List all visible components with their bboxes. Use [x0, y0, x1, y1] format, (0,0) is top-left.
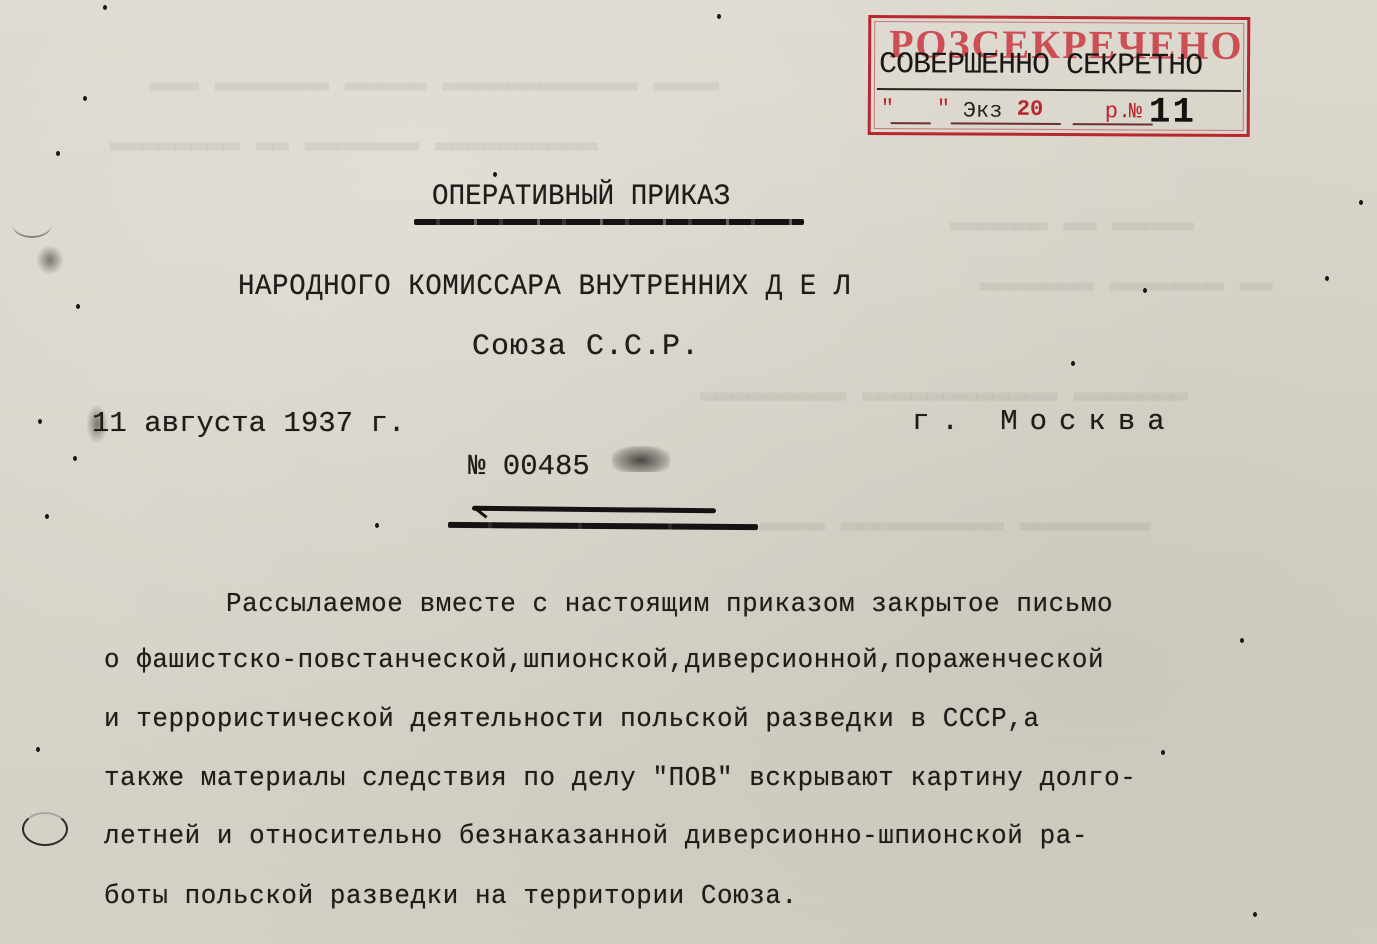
ink-speck	[83, 96, 87, 101]
punch-hole-mark	[22, 812, 68, 846]
order-number-underline	[472, 506, 716, 514]
ink-speck	[375, 523, 379, 528]
margin-ink-specks	[36, 245, 64, 275]
order-number-overstrike	[612, 446, 670, 472]
top-secret-label: СОВЕРШЕННО СЕКРЕТНО	[879, 48, 1202, 84]
ink-speck	[1325, 276, 1329, 281]
ink-speck	[717, 14, 721, 19]
union-line: Союза С.С.Р.	[472, 330, 700, 364]
order-date: 11 августа 1937 г.	[92, 407, 405, 440]
body-line: боты польской разведки на территории Сою…	[104, 882, 798, 912]
body-line: также материалы следствия по делу "ПОВ" …	[104, 764, 1136, 794]
margin-arc-mark	[12, 210, 52, 238]
ink-speck	[56, 151, 60, 156]
order-city: г. Москва	[912, 405, 1177, 438]
ink-speck	[1071, 361, 1075, 366]
ink-speck	[38, 419, 42, 424]
stamp-number-label: №	[1129, 99, 1142, 124]
body-line: о фашистско-повстанческой,шпионской,диве…	[104, 646, 1104, 676]
ink-speck	[45, 514, 49, 519]
order-number: № 00485	[468, 450, 590, 483]
classification-stamp: РОЗСЕКРЕЧЕНО СОВЕРШЕННО СЕКРЕТНО " " Экз…	[868, 15, 1251, 137]
document-subtitle: НАРОДНОГО КОМИССАРА ВНУТРЕННИХ Д Е Л	[238, 270, 851, 304]
ink-speck	[1253, 912, 1257, 917]
ink-speck	[73, 456, 77, 461]
bleed-through-text: ▂▂▂▂▂▂▂▂▂ ▂▂▂▂▂▂▂▂▂▂▂▂ ▂▂▂▂▂▂▂	[700, 370, 1188, 403]
stamp-day-blank	[891, 122, 931, 124]
title-underline	[414, 219, 804, 225]
ink-speck	[1143, 288, 1147, 293]
stamp-quote-close: "	[937, 96, 950, 121]
stamp-copy-row: " " Экз 20 р. № 11	[877, 96, 1241, 128]
document-page: ▂▂▂ ▂▂▂▂▂▂▂ ▂▂▂▂▂ ▂▂▂▂▂▂▂▂▂▂▂▂ ▂▂▂▂ ▂▂▂▂…	[0, 0, 1377, 944]
stamp-quote-open: "	[881, 96, 894, 121]
ink-speck	[1240, 638, 1244, 643]
bleed-through-text: ▂▂▂▂▂▂▂▂ ▂▂ ▂▂▂▂▂▂▂ ▂▂▂▂▂▂▂▂▂▂	[110, 120, 598, 153]
body-line: Рассылаемое вместе с настоящим приказом …	[226, 590, 1113, 620]
ink-speck	[1161, 750, 1165, 755]
body-line: летней и относительно безнаказанной диве…	[104, 822, 1088, 852]
stamp-copy-label: Экз	[963, 98, 1003, 123]
stamp-copy-number: 11	[1149, 91, 1196, 132]
body-line: и террористической деятельности польской…	[104, 705, 1040, 735]
bleed-through-text: ▂▂▂▂▂▂ ▂▂ ▂▂▂▂▂	[950, 200, 1194, 233]
bleed-through-text: ▂▂▂▂▂▂▂ ▂▂▂▂▂▂▂ ▂▂	[980, 260, 1273, 293]
bleed-through-text: ▂▂▂ ▂▂▂▂▂▂▂ ▂▂▂▂▂ ▂▂▂▂▂▂▂▂▂▂▂▂ ▂▂▂▂	[150, 60, 719, 93]
stamp-r-label: р.	[1105, 99, 1132, 124]
ink-speck	[493, 172, 497, 177]
ink-speck	[36, 747, 40, 752]
order-number-double-underline	[448, 522, 758, 530]
ink-speck	[103, 5, 107, 10]
bleed-through-text: ▂▂▂▂ ▂▂▂▂▂▂▂▂▂▂ ▂▂▂▂▂▂▂▂	[760, 500, 1150, 533]
ink-speck	[1359, 200, 1363, 205]
document-title: ОПЕРАТИВНЫЙ ПРИКАЗ	[432, 180, 730, 214]
stamp-copy-handwritten: 20	[1017, 97, 1044, 122]
ink-speck	[76, 304, 80, 309]
